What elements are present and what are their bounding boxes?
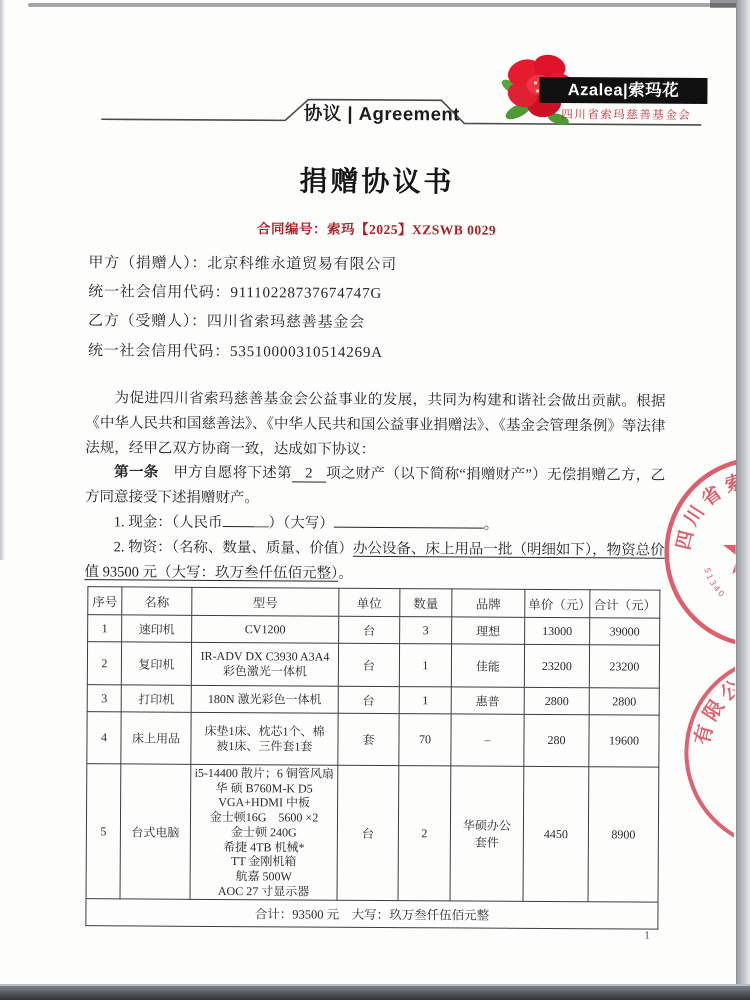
- cell-no: 4: [87, 712, 121, 764]
- scan-edge-bottom: [0, 986, 750, 1000]
- contract-number: 合同编号：索玛【2025】XZSWB 0029: [87, 216, 667, 240]
- col-header-name: 名称: [122, 587, 192, 615]
- col-header-qty: 数量: [400, 589, 452, 617]
- cell-unit: 台: [338, 643, 399, 686]
- brand-line: 华硕办公: [454, 817, 520, 834]
- cell-unit-price: 280: [524, 714, 589, 766]
- party-b-credit-code: 统一社会信用代码：53510000310514269A: [88, 337, 397, 368]
- model-line: 华 硕 B760M-K D5: [194, 781, 334, 797]
- cash-end: 。: [484, 517, 499, 533]
- article1-label: 第一条: [114, 465, 159, 481]
- page-number: 1: [644, 930, 650, 942]
- cell-name: 复印机: [121, 642, 191, 685]
- party-a-line: 甲方（捐赠人）：北京科维永道贸易有限公司: [88, 249, 397, 280]
- model-line: 彩色激光一体机: [195, 664, 335, 680]
- cell-name: 台式电脑: [120, 764, 191, 900]
- cell-unit: 套: [338, 713, 399, 765]
- model-line: TT 金刚机箱: [194, 854, 334, 870]
- cell-brand: 理想: [452, 617, 525, 644]
- parties-block: 甲方（捐赠人）：北京科维永道贸易有限公司 统一社会信用代码：9111022873…: [88, 249, 397, 368]
- cell-qty: 1: [399, 644, 451, 687]
- model-line: IR-ADV DX C3930 A3A4: [195, 649, 335, 665]
- cell-model: IR-ADV DX C3930 A3A4 彩色激光一体机: [191, 642, 338, 686]
- preamble-paragraph: 为促进四川省索玛慈善基金会公益事业的发展，共同为构建和谐社会做出贡献。根据《中华…: [85, 386, 665, 464]
- cell-model: i5-14400 散片；6 铜管风扇 华 硕 B760M-K D5 VGA+HD…: [190, 764, 338, 900]
- logo-brand-text: Azalea|索玛花: [539, 77, 707, 104]
- col-header-total: 合计（元）: [590, 590, 660, 618]
- cell-model: CV1200: [192, 615, 339, 643]
- table-row: 2 复印机 IR-ADV DX C3930 A3A4 彩色激光一体机 台 1 佳…: [87, 642, 659, 688]
- cell-brand: –: [451, 714, 524, 766]
- cell-model: 180N 激光彩色一体机: [191, 685, 338, 713]
- model-line: VGA+HDMI 中板: [194, 795, 334, 811]
- agreement-body: 为促进四川省索玛慈善基金会公益事业的发展，共同为构建和谐社会做出贡献。根据《中华…: [84, 386, 665, 588]
- table-row: 3 打印机 180N 激光彩色一体机 台 1 惠普 2800 2800: [87, 685, 659, 715]
- foundation-seal-number: 51340: [702, 567, 727, 600]
- cash-words-blank: [334, 527, 484, 529]
- col-header-model: 型号: [192, 587, 339, 616]
- party-b-line: 乙方（受赠人）：四川省索玛慈善基金会: [88, 308, 397, 339]
- cell-unit: 台: [338, 686, 399, 713]
- cell-qty: 2: [398, 766, 451, 902]
- cell-name: 床上用品: [121, 712, 191, 764]
- model-line: 金士顿 240G: [194, 825, 334, 841]
- cash-prefix: 1. 现金：（人民币: [114, 514, 223, 531]
- table-total-text: 合计：93500 元 大写：玖万叁仟伍佰元整: [86, 899, 658, 929]
- model-line: 金士顿16G 5600 ×2: [194, 810, 334, 826]
- brand-line: 套件: [454, 834, 520, 851]
- scan-edge-right: [736, 0, 750, 1000]
- document-title: 捐赠协议书: [87, 158, 667, 202]
- cell-brand: 惠普: [451, 687, 524, 714]
- cell-no: 5: [86, 764, 121, 900]
- col-header-no: 序号: [88, 587, 122, 615]
- cell-total: 39000: [590, 618, 660, 645]
- article1-pre: 甲方自愿将下述第: [173, 465, 292, 482]
- svg-text:51340: 51340: [702, 567, 727, 600]
- preamble-text: 为促进四川省索玛慈善基金会公益事业的发展，共同为构建和谐社会做出贡献。根据《中华…: [85, 390, 665, 457]
- goods-end: 。: [338, 565, 353, 581]
- model-line: 希捷 4TB 机械*: [194, 839, 334, 855]
- scan-edge-top: [28, 3, 744, 7]
- col-header-unit: 单位: [339, 588, 400, 616]
- cell-name: 速印机: [122, 615, 192, 642]
- cell-total: 19600: [589, 715, 659, 767]
- col-header-brand: 品牌: [452, 589, 525, 617]
- cell-unit-price: 23200: [524, 644, 589, 687]
- document-paper: 协议 | Agreement Azalea|索玛花 四川省索玛慈善基金会 捐赠协…: [0, 0, 750, 1000]
- table-total-row: 合计：93500 元 大写：玖万叁仟伍佰元整: [86, 899, 658, 929]
- cash-amount-blank: [223, 526, 269, 527]
- agreement-banner-label: 协议 | Agreement: [294, 99, 469, 126]
- cell-total: 2800: [589, 688, 659, 715]
- cell-total: 8900: [588, 767, 659, 903]
- model-line: 被1床、三件套1套: [194, 738, 334, 754]
- cell-qty: 70: [399, 714, 451, 766]
- model-line: 航嘉 500W: [194, 869, 334, 885]
- party-a-credit-code: 统一社会信用代码：91110228737674747G: [88, 278, 397, 309]
- cell-unit: 台: [339, 616, 400, 643]
- cell-unit-price: 13000: [525, 617, 590, 644]
- scanned-page: 协议 | Agreement Azalea|索玛花 四川省索玛慈善基金会 捐赠协…: [0, 0, 750, 1000]
- cell-unit-price: 4450: [523, 766, 589, 902]
- donation-items-table: 序号 名称 型号 单位 数量 品牌 单价（元） 合计（元） 1 速印机 CV12…: [85, 586, 660, 930]
- model-line: 床垫1床、枕芯1个、棉: [194, 724, 334, 740]
- cash-item-line: 1. 现金：（人民币）（大写）。: [85, 510, 665, 538]
- table-row: 4 床上用品 床垫1床、枕芯1个、棉 被1床、三件套1套 套 70 – 280 …: [87, 712, 659, 767]
- model-line: AOC 27 寸显示器: [194, 883, 334, 899]
- table-header-row: 序号 名称 型号 单位 数量 品牌 单价（元） 合计（元）: [88, 587, 660, 618]
- table-row: 5 台式电脑 i5-14400 散片；6 铜管风扇 华 硕 B760M-K D5…: [86, 764, 659, 903]
- cell-no: 3: [87, 685, 121, 712]
- col-header-unit-price: 单价（元）: [525, 589, 590, 617]
- cell-qty: 1: [399, 687, 451, 714]
- scan-edge-left: [0, 0, 5, 560]
- logo-org-name: 四川省索玛慈善基金会: [542, 106, 710, 123]
- cell-no: 1: [88, 615, 122, 642]
- cell-qty: 3: [400, 617, 452, 644]
- cell-no: 2: [87, 642, 121, 685]
- cell-brand: 华硕办公 套件: [450, 766, 524, 902]
- cell-brand: 佳能: [451, 644, 524, 687]
- goods-prefix: 2. 物资：（名称、数量、质量、价值）: [114, 539, 353, 556]
- cell-unit-price: 2800: [524, 687, 589, 714]
- cell-name: 打印机: [121, 685, 191, 712]
- article1-paragraph: 第一条 甲方自愿将下述第2项之财产（以下简称“捐赠财产”）无偿捐赠乙方，乙方同意…: [85, 461, 665, 514]
- article1-blank-value: 2: [292, 467, 326, 483]
- foundation-logo: Azalea|索玛花 四川省索玛慈善基金会: [494, 51, 714, 124]
- article1-post: 项之财产（以下简称“捐赠财产”）无偿捐赠乙方，乙方同意接受下述捐赠财产。: [85, 466, 665, 506]
- model-line: i5-14400 散片；6 铜管风扇: [194, 766, 334, 782]
- cell-model: 床垫1床、枕芯1个、棉 被1床、三件套1套: [191, 712, 338, 765]
- cash-mid: ）（大写）: [269, 515, 334, 531]
- goods-item-line: 2. 物资：（名称、数量、质量、价值）办公设备、床上用品一批（明细如下），物资总…: [84, 535, 664, 588]
- cell-unit: 台: [337, 765, 399, 901]
- table-row: 1 速印机 CV1200 台 3 理想 13000 39000: [88, 615, 660, 645]
- cell-total: 23200: [589, 645, 659, 688]
